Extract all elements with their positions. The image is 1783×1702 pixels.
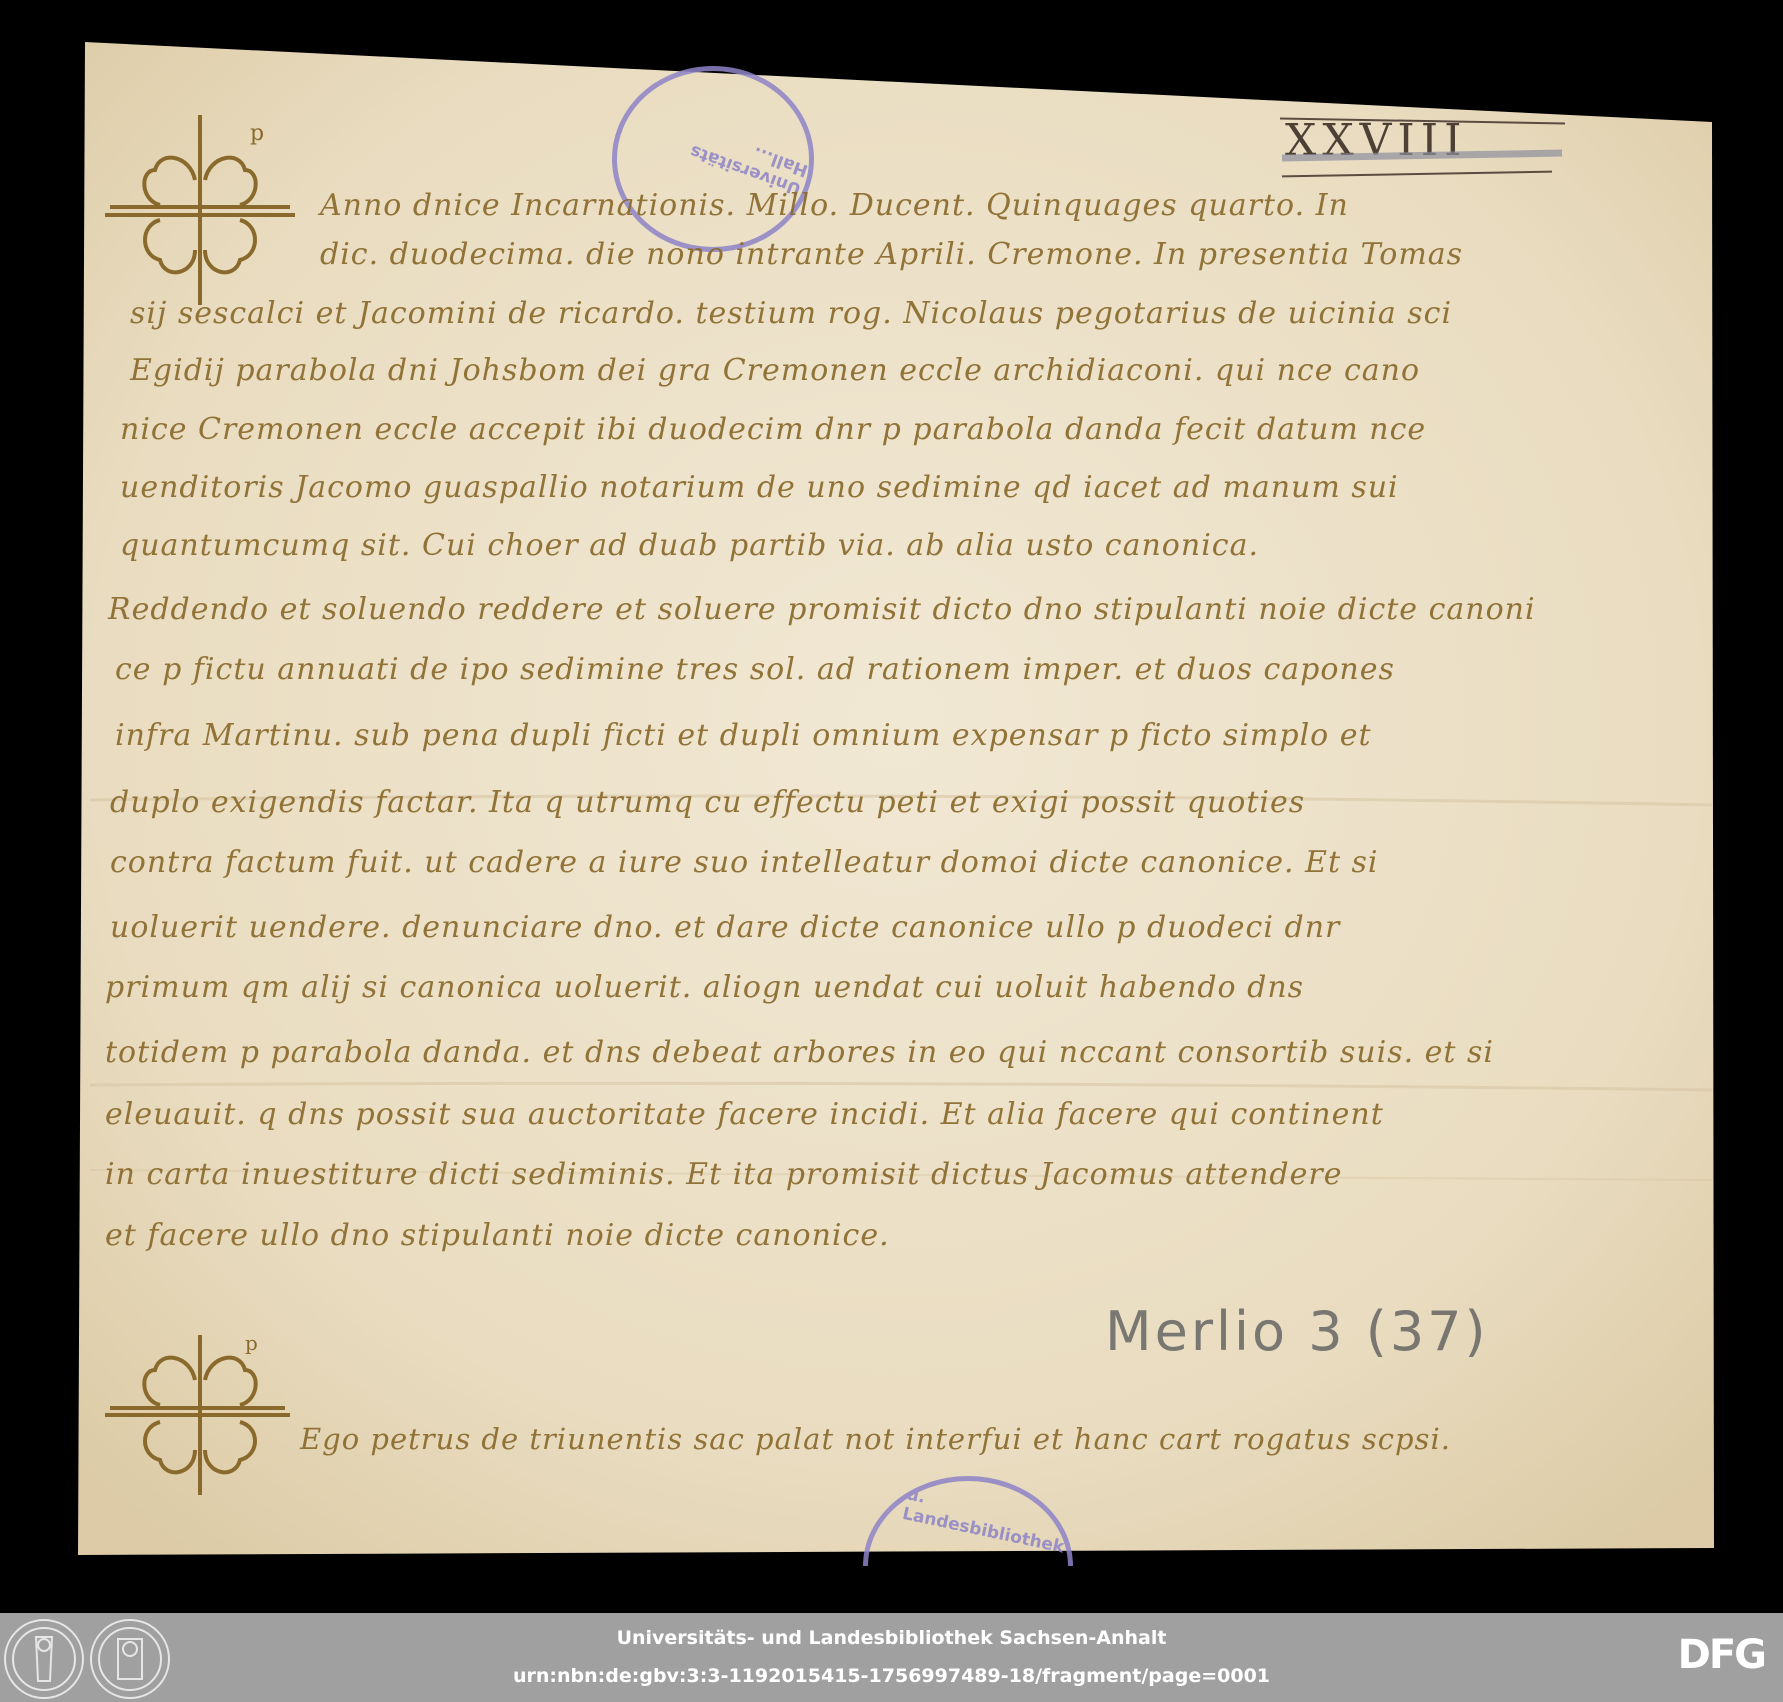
library-name: Universitäts- und Landesbibliothek Sachs… [0,1627,1783,1649]
notarial-signum-icon: p [100,110,300,310]
charter-line: ce p fictu annuati de ipo sedimine tres … [115,652,1395,687]
charter-line: nice Cremonen eccle accepit ibi duodecim… [120,412,1426,447]
charter-line: Anno dnice Incarnationis. Millo. Ducent.… [320,188,1349,223]
charter-line: dic. duodecima. die nono intrante Aprili… [320,237,1463,272]
svg-text:p: p [245,1331,258,1355]
document-viewer: Universitäts Hall... u. Landesbibliothek… [0,0,1783,1613]
svg-text:p: p [250,121,264,146]
charter-line: infra Martinu. sub pena dupli ficti et d… [115,718,1372,753]
charter-line: duplo exigendis factar. Ita q utrumq cu … [110,785,1305,820]
charter-line: totidem p parabola danda. et dns debeat … [105,1035,1494,1070]
charter-line: sij sescalci et Jacomini de ricardo. tes… [130,296,1452,331]
charter-line: quantumcumq sit. Cui choer ad duab parti… [120,528,1259,563]
notary-subscription: Ego petrus de triunentis sac palat not i… [300,1422,1451,1456]
dfg-logo: DFG [1678,1632,1765,1678]
charter-line: contra factum fuit. ut cadere a iure suo… [110,845,1379,880]
charter-line: Reddendo et soluendo reddere et soluere … [108,592,1536,627]
charter-line: uenditoris Jacomo guaspallio notarium de… [120,470,1399,505]
charter-line: Egidij parabola dni Johsbom dei gra Crem… [130,353,1420,388]
notarial-signum-bottom-icon: p [100,1330,300,1500]
library-stamp-top: Universitäts Hall... [612,66,814,252]
charter-line: primum qm alij si canonica uoluerit. ali… [105,970,1304,1005]
pencil-annotation: Merlio 3 (37) [1105,1300,1489,1363]
charter-line: et facere ullo dno stipulanti noie dicte… [105,1218,890,1253]
charter-line: eleuauit. q dns possit sua auctoritate f… [105,1097,1384,1132]
urn-identifier[interactable]: urn:nbn:de:gbv:3:3-1192015415-1756997489… [0,1665,1783,1687]
footer-bar: Universitäts- und Landesbibliothek Sachs… [0,1613,1783,1702]
charter-line: in carta inuestiture dicti sediminis. Et… [105,1157,1342,1192]
charter-line: uoluerit uendere. denunciare dno. et dar… [110,910,1340,945]
